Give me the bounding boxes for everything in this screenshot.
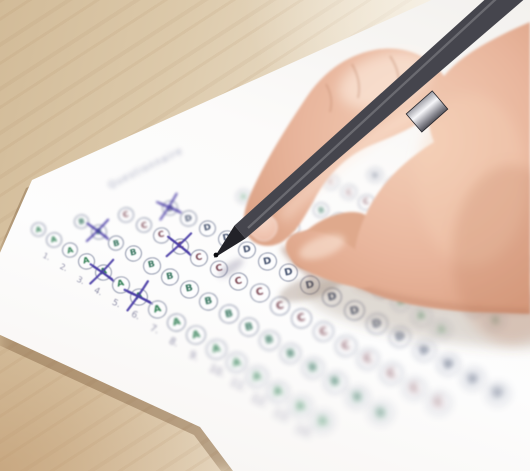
pen-nib (214, 253, 219, 258)
hand-and-pen-overlay (0, 0, 530, 471)
pen-tip-shadow (216, 255, 246, 280)
photo-scene: Questionnaire ABCDABCD1.ABCD2.ABCD3.ABCD… (0, 0, 530, 471)
